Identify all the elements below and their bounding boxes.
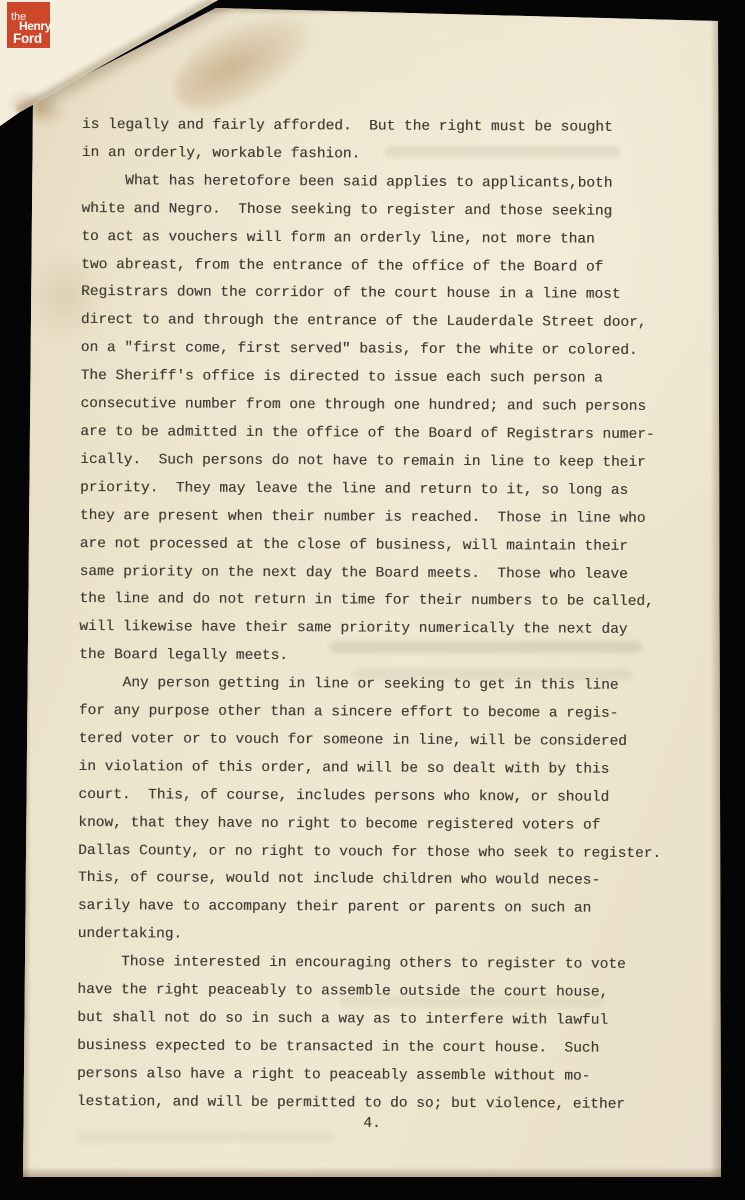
paper-edge-right xyxy=(710,14,721,1177)
text-line: The Sheriff's office is directed to issu… xyxy=(81,363,681,394)
stain xyxy=(160,0,326,129)
text-line: but shall not do so in such a way as to … xyxy=(77,1005,677,1036)
text-line: know, that they have no right to become … xyxy=(78,810,678,841)
text-line: ically. Such persons do not have to rema… xyxy=(80,447,680,478)
ink-bleed-through xyxy=(78,1132,333,1143)
text-line: are to be admitted in the office of the … xyxy=(80,419,680,450)
text-line: business expected to be transacted in th… xyxy=(77,1033,677,1064)
text-line: have the right peaceably to assemble out… xyxy=(77,977,677,1008)
text-line: two abreast, from the entrance of the of… xyxy=(81,252,681,283)
text-line: the line and do not return in time for t… xyxy=(79,586,679,617)
text-line: in an orderly, workable fashion. xyxy=(82,140,682,171)
typewritten-text: is legally and fairly afforded. But the … xyxy=(77,112,682,1120)
text-line: Any person getting in line or seeking to… xyxy=(79,670,679,701)
text-line: This, of course, would not include child… xyxy=(78,865,678,896)
text-line: consecutive number from one through one … xyxy=(80,391,680,422)
text-line: direct to and through the entrance of th… xyxy=(81,307,681,338)
text-line: Those interested in encouraging others t… xyxy=(77,949,677,980)
text-line: priority. They may leave the line and re… xyxy=(80,475,680,506)
text-line: in violation of this order, and will be … xyxy=(78,754,678,785)
text-line: on a "first come, first served" basis, f… xyxy=(81,335,681,366)
page-number: 4. xyxy=(82,1116,662,1132)
text-line: Dallas County, or no right to vouch for … xyxy=(78,838,678,869)
paper-edge-top xyxy=(208,8,720,15)
text-line: will likewise have their same priority n… xyxy=(79,614,679,645)
text-line: white and Negro. Those seeking to regist… xyxy=(81,196,681,227)
text-line: for any purpose other than a sincere eff… xyxy=(79,698,679,729)
text-line: persons also have a right to peaceably a… xyxy=(77,1061,677,1092)
document-page: is legally and fairly afforded. But the … xyxy=(0,0,745,1200)
text-line: undertaking. xyxy=(78,921,678,952)
text-line: What has heretofore been said applies to… xyxy=(82,168,682,199)
scanned-document-photo: is legally and fairly afforded. But the … xyxy=(0,0,745,1200)
text-line: same priority on the next day the Board … xyxy=(80,558,680,589)
paper-edge-left xyxy=(23,100,31,1177)
paper-edge-bottom xyxy=(20,1167,721,1177)
logo-text-ford: Ford xyxy=(13,32,42,45)
text-line: Registrars down the corridor of the cour… xyxy=(81,279,681,310)
text-line: they are present when their number is re… xyxy=(80,503,680,534)
henry-ford-logo: the Henry Ford xyxy=(7,2,50,48)
text-line: the Board legally meets. xyxy=(79,642,679,673)
text-line: is legally and fairly afforded. But the … xyxy=(82,112,682,143)
text-line: are not processed at the close of busine… xyxy=(80,531,680,562)
text-line: to act as vouchers will form an orderly … xyxy=(81,224,681,255)
text-line: sarily have to accompany their parent or… xyxy=(78,893,678,924)
text-line: tered voter or to vouch for someone in l… xyxy=(79,726,679,757)
text-line: court. This, of course, includes persons… xyxy=(78,782,678,813)
